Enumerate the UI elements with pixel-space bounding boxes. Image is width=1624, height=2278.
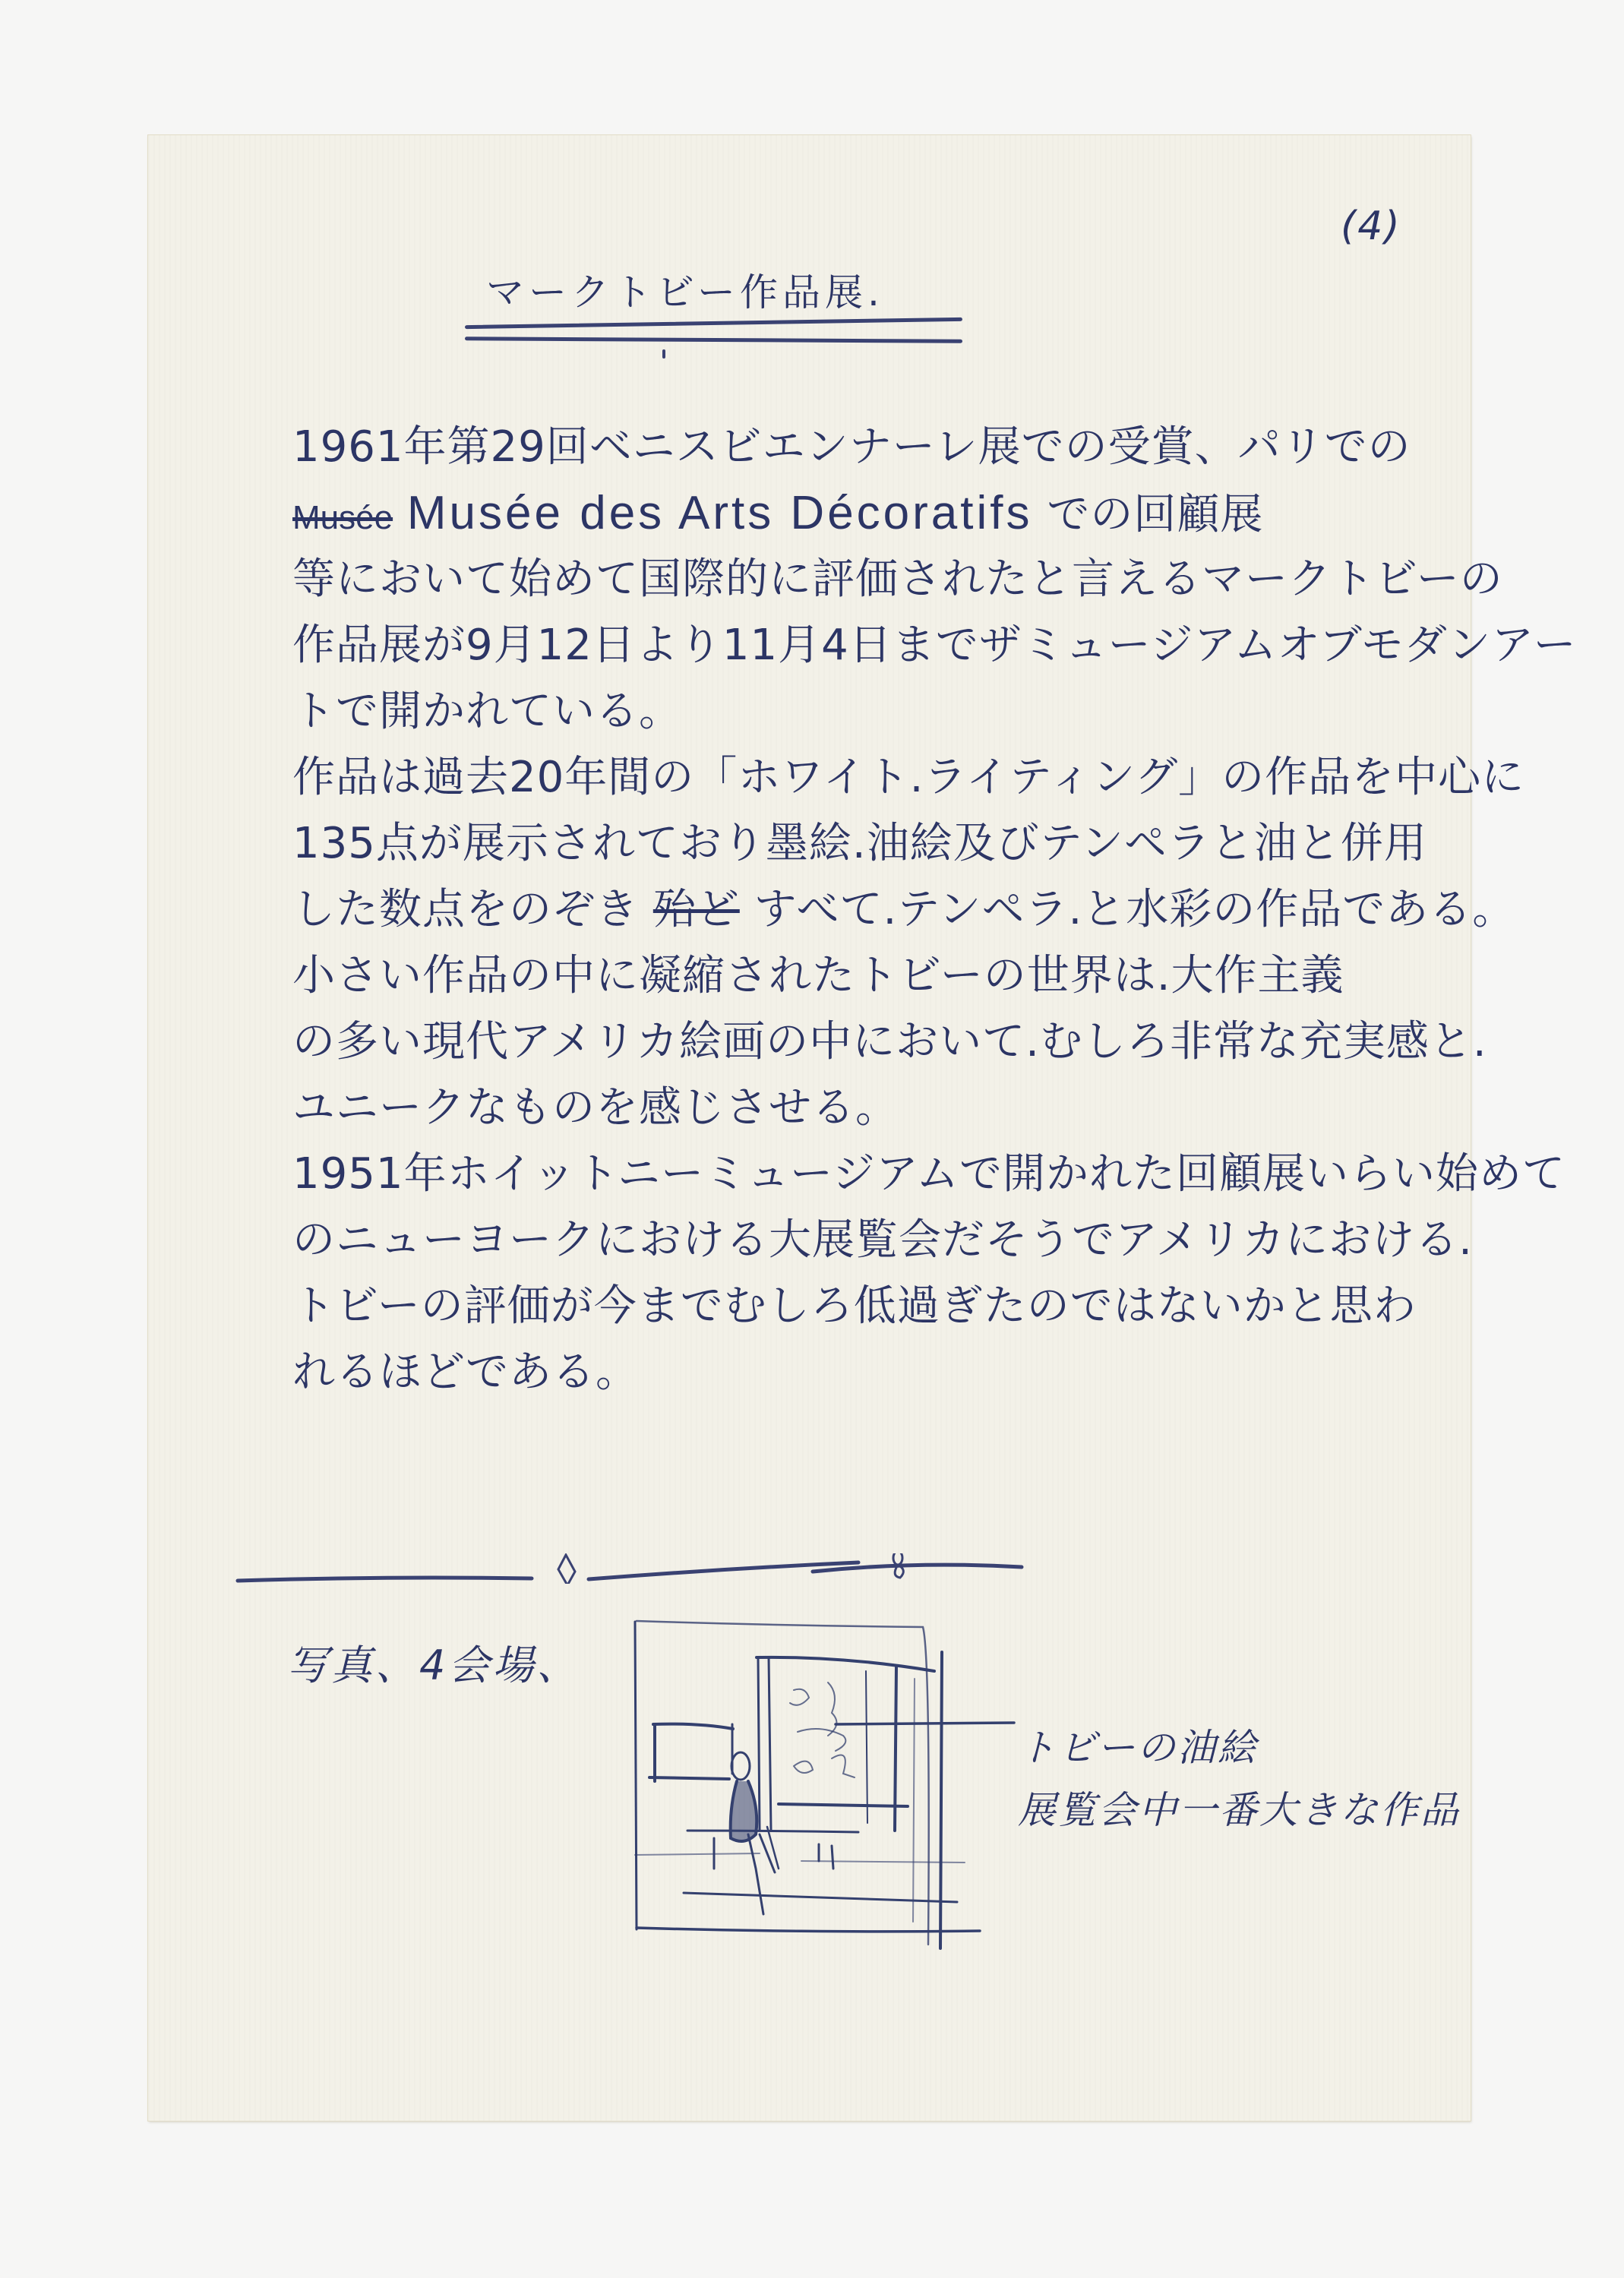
body-line-2-suffix: での回顧展 bbox=[1047, 490, 1263, 539]
body-line-5: トで開かれている。 bbox=[292, 678, 1432, 744]
body-line-11: ユニークなものを感じさせる。 bbox=[292, 1075, 1432, 1141]
body-line-13: のニューヨークにおける大展覧会だそうでアメリカにおける. bbox=[292, 1207, 1432, 1273]
body-line-9: 小さい作品の中に凝縮されたトビーの世界は.大作主義 bbox=[292, 943, 1432, 1009]
body-line-14: トビーの評価が今までむしろ低過ぎたのではないかと思わ bbox=[292, 1273, 1432, 1339]
body-line-7: 135点が展示されており墨絵.油絵及びテンペラと油と併用 bbox=[292, 810, 1432, 877]
body-line-8-prefix: した数点をのぞき bbox=[292, 885, 639, 934]
struck-word: 殆ど bbox=[653, 885, 740, 934]
diamond-star-icon bbox=[558, 1555, 575, 1584]
manuscript-body: 1961年第29回ベニスビエンナーレ展での受賞、パリでの Musée Musée… bbox=[292, 414, 1432, 1405]
body-line-2: Musée Musée des Arts Décoratifs での回顧展 bbox=[292, 480, 1432, 546]
sketch-annotation: トビーの油絵 展覧会中一番大きな作品 bbox=[1018, 1717, 1461, 1841]
page-number: (4) bbox=[1341, 204, 1401, 249]
sketch-annotation-line-1: トビーの油絵 bbox=[1018, 1717, 1461, 1779]
body-line-6: 作品は過去20年間の「ホワイト.ライティング」の作品を中心に bbox=[292, 744, 1432, 810]
body-line-3: 等において始めて国際的に評価されたと言えるマークトビーの bbox=[292, 546, 1432, 612]
museum-name: Musée des Arts Décoratifs bbox=[407, 487, 1033, 539]
body-line-10: の多い現代アメリカ絵画の中において.むしろ非常な充実感と. bbox=[292, 1009, 1432, 1075]
page-title: マークトビー作品展. bbox=[486, 262, 884, 317]
gallery-sketch bbox=[623, 1610, 1033, 2036]
photo-caption: 写真、4会場、 bbox=[287, 1633, 580, 1692]
body-line-1: 1961年第29回ベニスビエンナーレ展での受賞、パリでの bbox=[292, 414, 1432, 480]
ornamental-divider bbox=[232, 1553, 1037, 1584]
body-line-8-suffix: すべて.テンペラ.と水彩の作品である。 bbox=[754, 885, 1516, 934]
body-line-12: 1951年ホイットニーミュージアムで開かれた回顧展いらい始めて bbox=[292, 1141, 1432, 1207]
body-line-15: れるほどである。 bbox=[292, 1339, 1432, 1405]
body-line-8: した数点をのぞき 殆ど すべて.テンペラ.と水彩の作品である。 bbox=[292, 877, 1432, 943]
body-line-4: 作品展が9月12日より11月4日までザミュージアムオブモダンアー bbox=[292, 612, 1432, 678]
stray-ink-mark bbox=[662, 349, 665, 359]
struck-word: Musée bbox=[292, 499, 393, 536]
sketch-annotation-line-2: 展覧会中一番大きな作品 bbox=[1018, 1779, 1461, 1841]
